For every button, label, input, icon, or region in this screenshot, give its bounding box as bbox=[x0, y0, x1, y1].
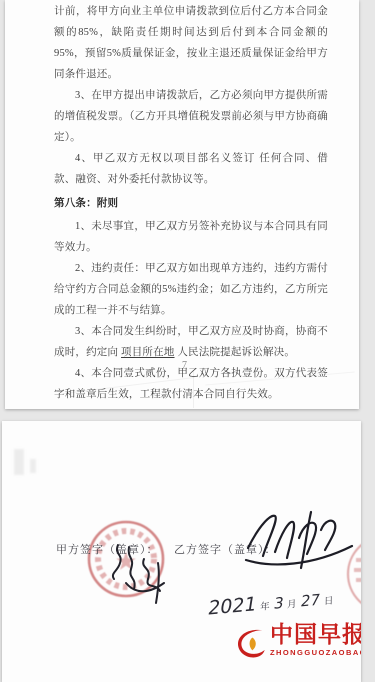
contract-paragraph: 计前，将甲方向业主单位申请拨款到位后付乙方本合同金额的85%，缺陷责任期时间达到… bbox=[54, 1, 328, 85]
contract-page-1: 计前，将甲方向业主单位申请拨款到位后付乙方本合同金额的85%，缺陷责任期时间达到… bbox=[5, 0, 359, 409]
news-watermark: 中国早报 ZHONGGUOZAOBAO bbox=[234, 622, 361, 661]
date-day: 27 bbox=[299, 590, 321, 612]
date-month: 3 bbox=[272, 593, 285, 614]
contract-paragraph: 3、本合同发生纠纷时，甲乙双方应及时协商，协商不成时，约定向 项目所在地 人民法… bbox=[54, 321, 328, 363]
scanned-contract-photo: 计前，将甲方向业主单位申请拨款到位后付乙方本合同金额的85%，缺陷责任期时间达到… bbox=[0, 0, 375, 682]
brand-text: 中国早报 ZHONGGUOZAOBAO bbox=[270, 622, 361, 657]
contract-paragraph: 2、违约责任：甲乙双方如出现单方违约，违约方需付给守约方合同总金额的5%违约金；… bbox=[54, 258, 328, 321]
underlined-fill-in: 项目所在地 bbox=[121, 347, 175, 358]
brand-name: 中国早报 bbox=[270, 622, 361, 647]
contract-page-2: 甲方签字（盖章）： 乙方签字（盖章）： bbox=[2, 421, 361, 682]
flame-swoosh-icon bbox=[234, 625, 267, 661]
scan-smudge bbox=[14, 449, 24, 475]
contract-paragraph: 1、未尽事宜，甲乙双方另签补充协议与本合同具有同等效力。 bbox=[54, 216, 328, 258]
contract-paragraph: 4、甲乙双方无权以项目部名义签订 任何合同、借款、融资、对外委托付款协议等。 bbox=[54, 148, 328, 190]
scan-smudge bbox=[30, 459, 36, 473]
date-year: 2021 bbox=[207, 594, 258, 619]
contract-heading: 第八条：附则 bbox=[54, 193, 328, 214]
contract-paragraph: 3、在甲方提出申请拨款后，乙方必须向甲方提供所需的增值税发票。（乙方开具增值税发… bbox=[54, 85, 328, 148]
date-day-unit: 日 bbox=[324, 592, 334, 607]
flame-shape bbox=[250, 638, 256, 651]
party-a-handwritten-signature bbox=[98, 537, 176, 607]
date-year-unit: 年 bbox=[260, 598, 270, 613]
date-month-unit: 月 bbox=[287, 596, 297, 611]
contract-text: 计前，将甲方向业主单位申请拨款到位后付乙方本合同金额的85%，缺陷责任期时间达到… bbox=[54, 1, 328, 405]
partial-edge-seal bbox=[332, 526, 361, 621]
partial-seal-icon bbox=[332, 526, 361, 621]
brand-subtitle: ZHONGGUOZAOBAO bbox=[270, 648, 361, 657]
handwritten-date: 2021 年 3 月 27 日 bbox=[207, 588, 334, 620]
page-number: 7 bbox=[182, 360, 187, 371]
contract-paragraph: 4、本合同壹式贰份，甲乙双方各执壹份。双方代表签字和盖章后生效，工程款付清本合同… bbox=[54, 363, 328, 405]
